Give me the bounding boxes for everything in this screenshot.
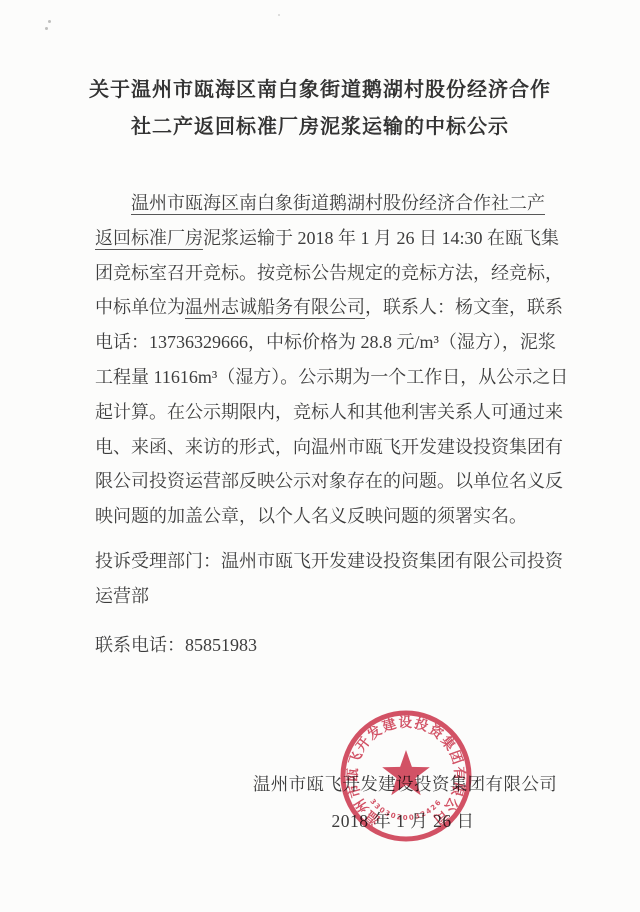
body-line: 团竞标室召开竞标。按竞标公告规定的竞标方法，经竞标， [95,256,567,291]
text-segment: 团竞标室召开竞标。按竞标公告规定的竞标方法，经竞标， [95,263,563,283]
body-line: 电话：13736329666，中标价格为 28.8 元/m³（湿方），泥浆 [95,325,567,360]
scan-speck [278,14,280,16]
complaint-line-1: 投诉受理部门：温州市瓯飞开发建设投资集团有限公司投资 [95,544,567,579]
complaint-line-2: 运营部 [95,579,567,614]
body-line: 温州市瓯海区南白象街道鹅湖村股份经济合作社二产 [95,186,567,221]
text-segment: 电话：13736329666，中标价格为 28.8 元/m³（湿方），泥浆 [95,332,556,352]
text-segment: 限公司投资运营部反映公示对象存在的问题。以单位名义反 [95,471,563,491]
body-paragraph: 温州市瓯海区南白象街道鹅湖村股份经济合作社二产返回标准厂房泥浆运输于 2018 … [95,186,567,534]
document-title-line-2: 社二产返回标准厂房泥浆运输的中标公示 [0,109,640,146]
document-title: 关于温州市瓯海区南白象街道鹅湖村股份经济合作 社二产返回标准厂房泥浆运输的中标公… [0,72,640,146]
star-icon [382,750,430,795]
text-segment: 中标单位为 [95,297,185,317]
body-line: 返回标准厂房泥浆运输于 2018 年 1 月 26 日 14:30 在瓯飞集 [95,221,567,256]
body-line: 限公司投资运营部反映公示对象存在的问题。以单位名义反 [95,464,567,499]
complaint-section: 投诉受理部门：温州市瓯飞开发建设投资集团有限公司投资 运营部 [95,544,567,614]
text-segment: 起计算。在公示期限内，竞标人和其他利害关系人可通过来 [95,402,563,422]
document-title-line-1: 关于温州市瓯海区南白象街道鹅湖村股份经济合作 [0,72,640,109]
contact-phone: 联系电话：85851983 [95,628,257,663]
company-seal: 温州市瓯飞开发建设投资集团有限公司 3303020032426 [336,706,476,846]
scan-speck [45,27,48,30]
body-line: 中标单位为温州志诚船务有限公司，联系人：杨文奎，联系 [95,290,567,325]
text-segment: 映问题的加盖公章，以个人名义反映问题的须署实名。 [95,506,527,526]
body-line: 工程量 11616m³（湿方）。公示期为一个工作日，从公示之日 [95,360,567,395]
text-segment: ，联系人：杨文奎，联系 [365,297,563,317]
underlined-text: 返回标准厂房 [95,228,203,250]
text-segment: 电、来函、来访的形式，向温州市瓯飞开发建设投资集团有 [95,437,563,457]
text-segment: 工程量 11616m³（湿方）。公示期为一个工作日，从公示之日 [95,367,568,387]
underlined-text: 温州志诚船务有限公司 [185,297,365,319]
scan-speck [48,20,51,23]
underlined-text: 温州市瓯海区南白象街道鹅湖村股份经济合作社二产 [131,193,545,215]
body-line: 起计算。在公示期限内，竞标人和其他利害关系人可通过来 [95,395,567,430]
text-segment: 泥浆运输于 2018 年 1 月 26 日 14:30 在瓯飞集 [203,228,559,248]
body-line: 电、来函、来访的形式，向温州市瓯飞开发建设投资集团有 [95,430,567,465]
document-page: 关于温州市瓯海区南白象街道鹅湖村股份经济合作 社二产返回标准厂房泥浆运输的中标公… [0,0,640,912]
body-line: 映问题的加盖公章，以个人名义反映问题的须署实名。 [95,499,567,534]
